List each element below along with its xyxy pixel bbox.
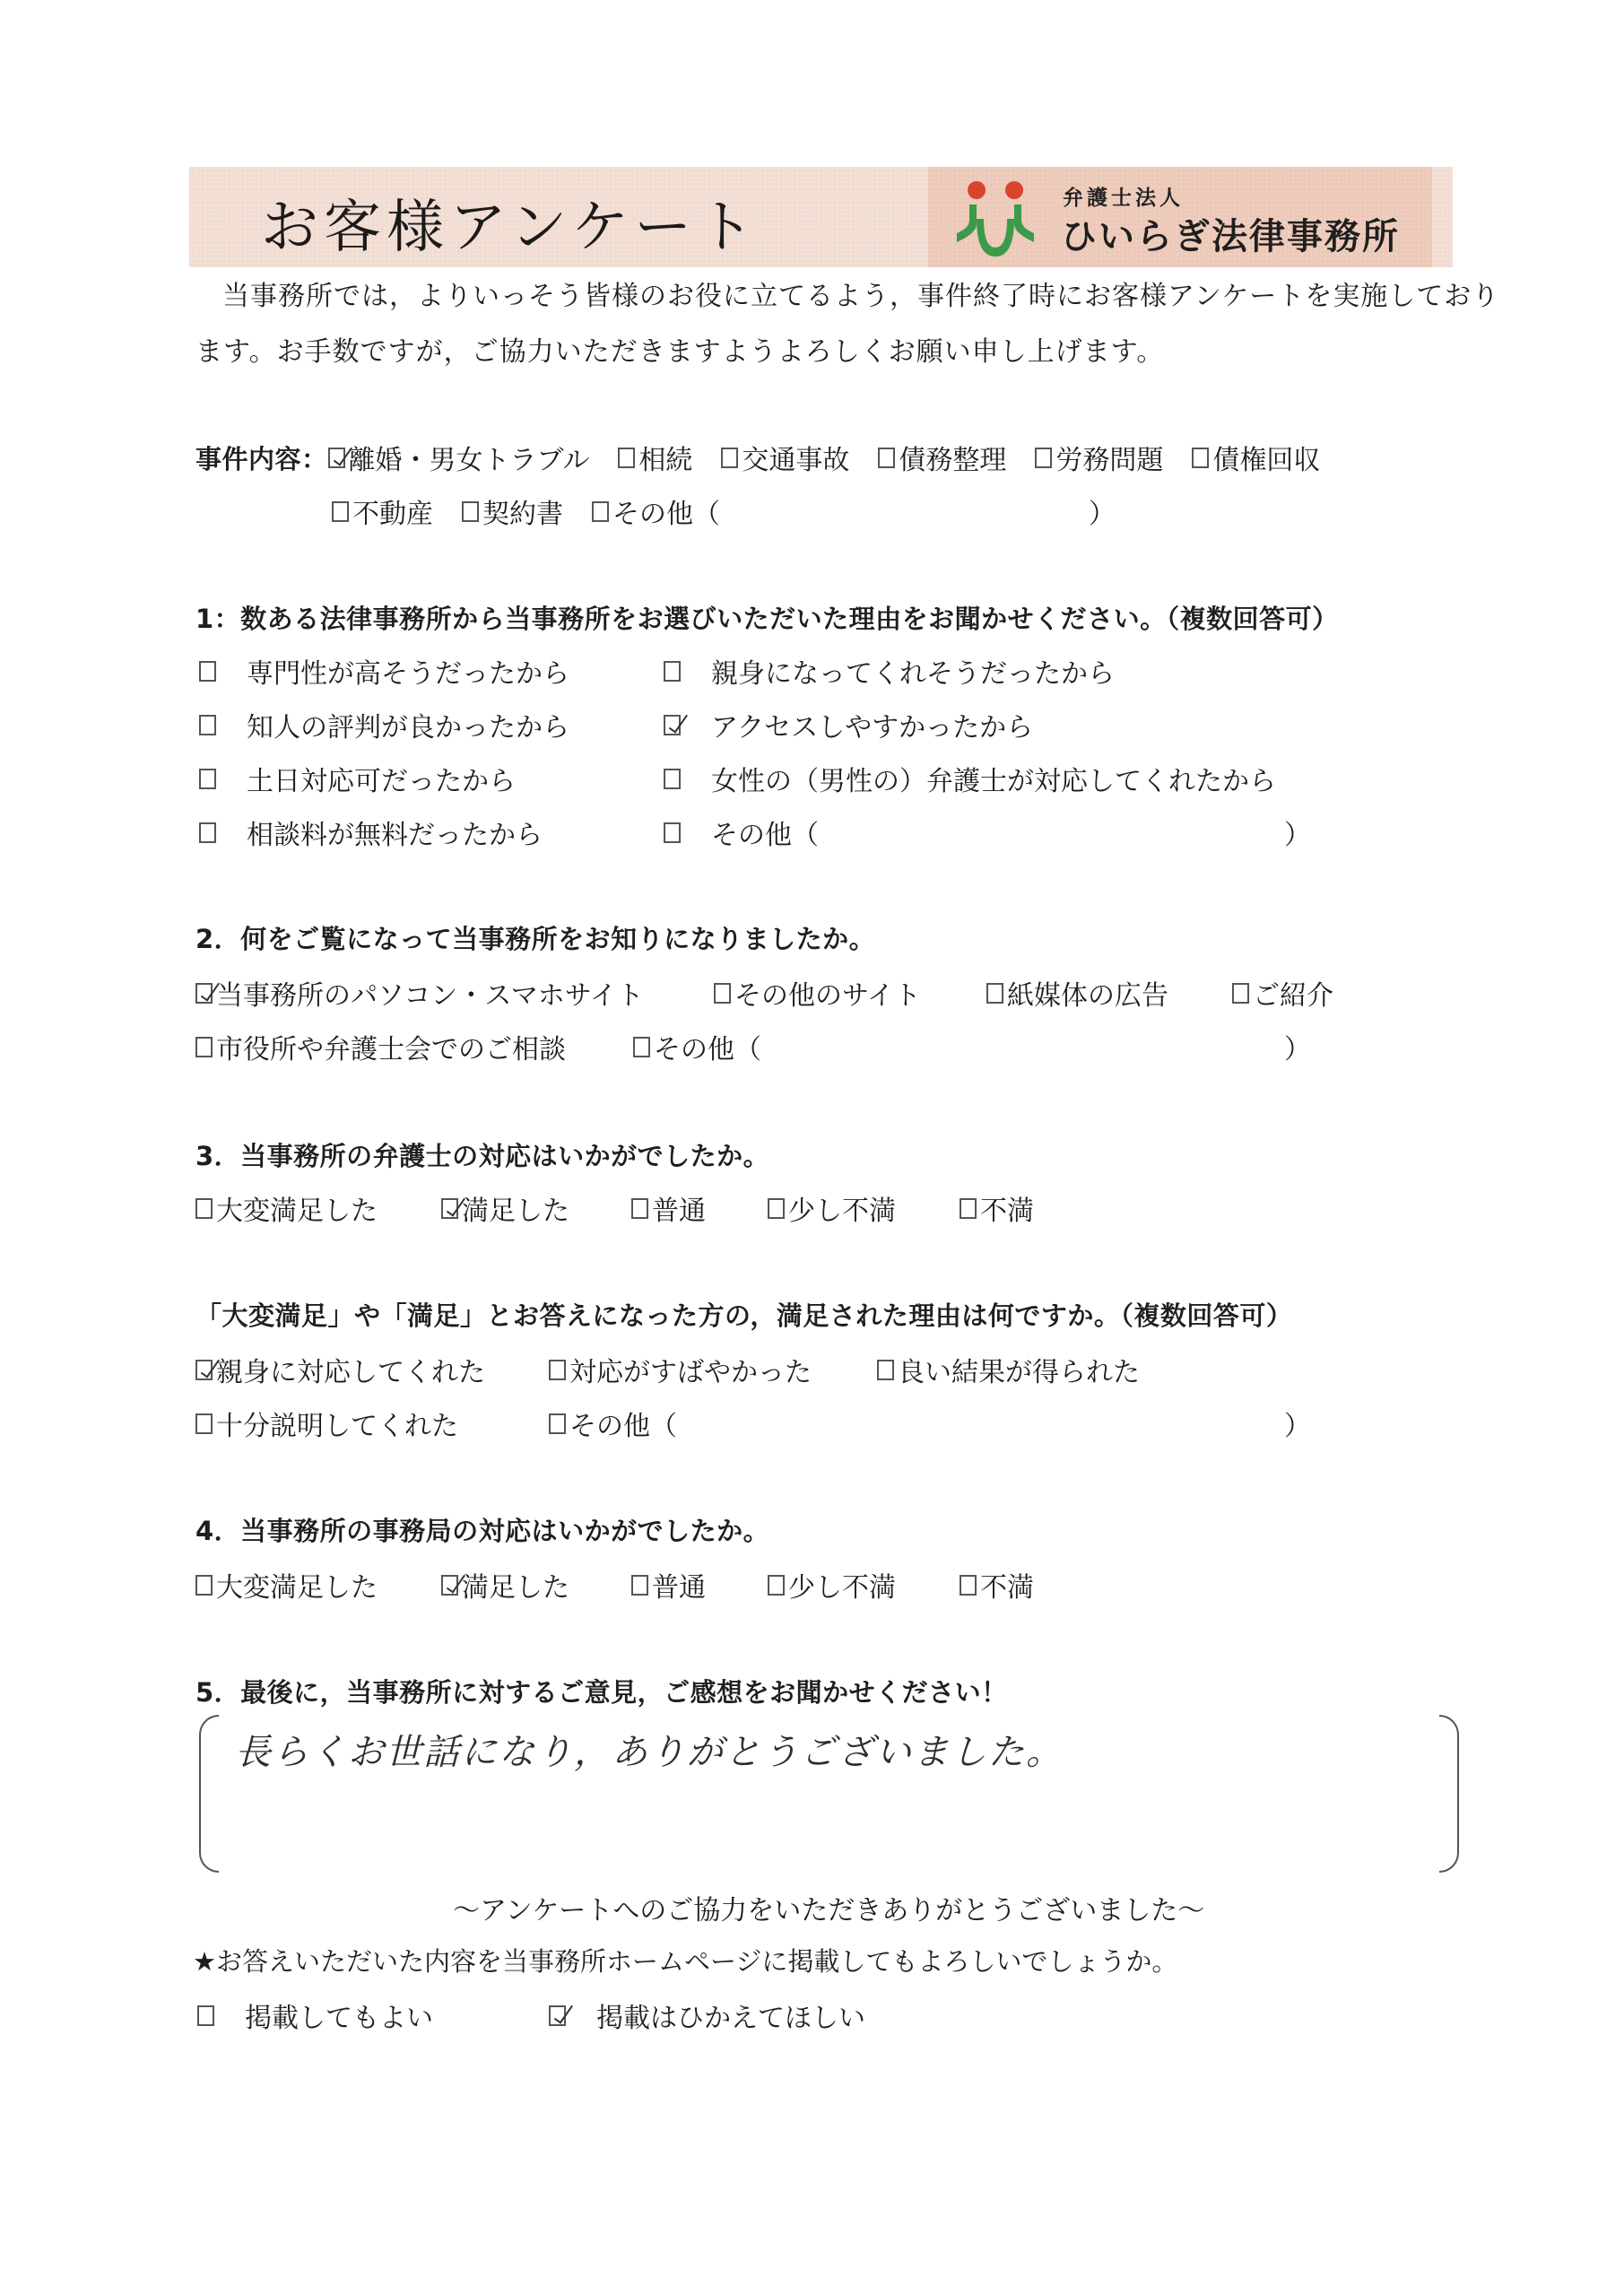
checkbox-other-site[interactable] bbox=[714, 983, 731, 1004]
option-label: 女性の（男性の）弁護士が対応してくれたから bbox=[711, 759, 1276, 798]
q5-heading: 5．最後に，当事務所に対するご意見，ご感想をお聞かせください！ bbox=[195, 1673, 1008, 1709]
case-type-row-2: 不動産 契約書 その他（ bbox=[332, 491, 720, 531]
option-label: ご紹介 bbox=[1253, 973, 1333, 1013]
case-type-label: 事件内容： bbox=[195, 439, 328, 476]
checkbox-staff-dissatisfied[interactable] bbox=[960, 1575, 977, 1596]
comment-textarea[interactable]: 長らくお世話になり，ありがとうございました。 bbox=[199, 1715, 1459, 1873]
checkbox-traffic-accident[interactable] bbox=[721, 448, 738, 468]
q1-option: 女性の（男性の）弁護士が対応してくれたから bbox=[664, 759, 1276, 798]
checkbox-debt-settlement[interactable] bbox=[878, 448, 895, 468]
q3-option: 満足した bbox=[441, 1188, 569, 1228]
option-label: 親身に対応してくれた bbox=[216, 1350, 485, 1389]
q3-heading: 3．当事務所の弁護士の対応はいかがでしたか。 bbox=[195, 1136, 769, 1173]
checkbox-good-result[interactable] bbox=[877, 1360, 894, 1380]
firm-name: ひいらぎ法律事務所 bbox=[1061, 208, 1400, 259]
checkbox-weekend[interactable] bbox=[199, 769, 216, 789]
option-label: 普通 bbox=[652, 1565, 706, 1605]
checkbox-staff-slightly-dissatisfied[interactable] bbox=[768, 1575, 785, 1596]
checkbox-staff-neutral[interactable] bbox=[631, 1575, 648, 1596]
checkbox-allow-publish[interactable] bbox=[197, 2005, 214, 2026]
option-label: 離婚・男女トラブル bbox=[349, 438, 590, 477]
option-label: 当事務所のパソコン・スマホサイト bbox=[216, 973, 644, 1013]
option-label: 不満 bbox=[980, 1565, 1034, 1605]
firm-logo-icon bbox=[950, 178, 1048, 260]
q2-option: その他（ bbox=[633, 1027, 761, 1066]
checkbox-labor[interactable] bbox=[1035, 448, 1052, 468]
option-label: 良い結果が得られた bbox=[898, 1350, 1140, 1389]
q1-option: 土日対応可だったから bbox=[199, 759, 516, 798]
q2-option: 市役所や弁護士会でのご相談 bbox=[195, 1027, 566, 1066]
checkbox-very-satisfied[interactable] bbox=[195, 1198, 213, 1219]
consent-option: 掲載してもよい bbox=[197, 1996, 433, 2035]
q3-reason-option: 良い結果が得られた bbox=[877, 1350, 1140, 1389]
checkbox-contract[interactable] bbox=[462, 501, 479, 522]
q1-option: 専門性が高そうだったから bbox=[199, 651, 569, 691]
firm-type-label: 弁護士法人 bbox=[1063, 181, 1184, 211]
checkbox-gender-lawyer[interactable] bbox=[664, 769, 681, 789]
q1-option: アクセスしやすかったから bbox=[664, 705, 1033, 744]
q2-option: 紙媒体の広告 bbox=[986, 973, 1168, 1013]
option-label: 掲載してもよい bbox=[245, 1996, 433, 2035]
q1-heading: 1：数ある法律事務所から当事務所をお選びいただいた理由をお聞かせください。（複数… bbox=[195, 599, 1339, 636]
q4-heading: 4．当事務所の事務局の対応はいかがでしたか。 bbox=[195, 1511, 769, 1548]
option-label: 労務問題 bbox=[1055, 438, 1163, 477]
checkbox-decline-publish[interactable] bbox=[549, 2005, 566, 2026]
thanks-message: ～アンケートへのご協力をいただきありがとうございました～ bbox=[453, 1888, 1204, 1927]
firm-logo-area: 弁護士法人 ひいらぎ法律事務所 bbox=[928, 167, 1432, 267]
reason-other-close-paren: ） bbox=[1284, 1404, 1311, 1443]
option-label: その他（ bbox=[654, 1027, 761, 1066]
checkbox-inheritance[interactable] bbox=[618, 448, 635, 468]
option-label: 掲載はひかえてほしい bbox=[596, 1996, 865, 2035]
intro-line-2: ます。お手数ですが，ご協力いただきますようよろしくお願い申し上げます。 bbox=[195, 325, 1164, 380]
intro-line-1: 当事務所では，よりいっそう皆様のお役に立てるよう，事件終了時にお客様アンケートを… bbox=[222, 269, 1499, 325]
case-other-close-paren: ） bbox=[1089, 491, 1116, 531]
checkbox-referral[interactable] bbox=[1232, 983, 1249, 1004]
checkbox-staff-very-satisfied[interactable] bbox=[195, 1575, 213, 1596]
option-label: 大変満足した bbox=[216, 1188, 378, 1228]
checkbox-satisfied[interactable] bbox=[441, 1198, 458, 1219]
checkbox-caring[interactable] bbox=[664, 661, 681, 682]
option-label: 満足した bbox=[462, 1565, 569, 1605]
option-label: 相談料が無料だったから bbox=[247, 813, 543, 852]
option-label: 知人の評判が良かったから bbox=[247, 705, 569, 744]
q2-option: 当事務所のパソコン・スマホサイト bbox=[195, 973, 644, 1013]
option-label: その他のサイト bbox=[734, 973, 921, 1013]
option-label: 対応がすばやかった bbox=[569, 1350, 812, 1389]
bracket-right bbox=[1439, 1715, 1459, 1873]
q3-option: 大変満足した bbox=[195, 1188, 378, 1228]
option-label: 十分説明してくれた bbox=[216, 1404, 458, 1443]
checkbox-q1-other[interactable] bbox=[664, 822, 681, 843]
option-label: 普通 bbox=[652, 1188, 706, 1228]
checkbox-reason-other[interactable] bbox=[549, 1413, 566, 1434]
case-type-row-1: 事件内容： 離婚・男女トラブル 相続 交通事故 債務整理 労務問題 債権回収 bbox=[195, 438, 1320, 477]
checkbox-slightly-dissatisfied[interactable] bbox=[768, 1198, 785, 1219]
checkbox-staff-satisfied[interactable] bbox=[441, 1575, 458, 1596]
checkbox-q2-other[interactable] bbox=[633, 1037, 650, 1057]
option-label: 債務整理 bbox=[899, 438, 1006, 477]
option-label: 専門性が高そうだったから bbox=[247, 651, 569, 691]
q1-option: 知人の評判が良かったから bbox=[199, 705, 569, 744]
q1-option: 親身になってくれそうだったから bbox=[664, 651, 1115, 691]
q2-option: その他のサイト bbox=[714, 973, 921, 1013]
option-label: 大変満足した bbox=[216, 1565, 378, 1605]
checkbox-good-explanation[interactable] bbox=[195, 1413, 213, 1434]
option-label: 少し不満 bbox=[788, 1188, 896, 1228]
q4-option: 大変満足した bbox=[195, 1565, 378, 1605]
page-title: お客様アンケート bbox=[261, 181, 760, 264]
checkbox-neutral[interactable] bbox=[631, 1198, 648, 1219]
option-label: 債権回収 bbox=[1212, 438, 1320, 477]
q3-reason-option: その他（ bbox=[549, 1404, 677, 1443]
q4-option: 満足した bbox=[441, 1565, 569, 1605]
option-label: 少し不満 bbox=[788, 1565, 896, 1605]
option-label: その他（ bbox=[612, 491, 720, 531]
q1-option: その他（ bbox=[664, 813, 819, 852]
consent-question: ★お答えいただいた内容を当事務所ホームページに掲載してもよろしいでしょうか。 bbox=[193, 1942, 1177, 1979]
checkbox-expertise[interactable] bbox=[199, 661, 216, 682]
checkbox-website[interactable] bbox=[195, 983, 213, 1004]
checkbox-divorce[interactable] bbox=[328, 448, 345, 468]
q3-option: 普通 bbox=[631, 1188, 706, 1228]
option-label: 市役所や弁護士会でのご相談 bbox=[216, 1027, 566, 1066]
option-label: 紙媒体の広告 bbox=[1007, 973, 1168, 1013]
q3-reason-option: 親身に対応してくれた bbox=[195, 1350, 485, 1389]
q3-reason-heading: 「大変満足」や「満足」とお答えになった方の，満足された理由は何ですか。（複数回答… bbox=[195, 1296, 1292, 1333]
option-label: アクセスしやすかったから bbox=[711, 705, 1033, 744]
checkbox-free-consult[interactable] bbox=[199, 822, 216, 843]
handwritten-answer: 長らくお世話になり，ありがとうございました。 bbox=[235, 1724, 1064, 1775]
option-label: その他（ bbox=[569, 1404, 677, 1443]
q2-heading: 2．何をご覧になって当事務所をお知りになりましたか。 bbox=[195, 919, 875, 956]
option-label: 不動産 bbox=[352, 491, 433, 531]
q1-other-close-paren: ） bbox=[1284, 813, 1311, 852]
checkbox-caring-response[interactable] bbox=[195, 1360, 213, 1380]
checkbox-real-estate[interactable] bbox=[332, 501, 349, 522]
checkbox-print-ad[interactable] bbox=[986, 983, 1003, 1004]
checkbox-case-other[interactable] bbox=[592, 501, 609, 522]
q4-option: 不満 bbox=[960, 1565, 1034, 1605]
option-label: 相続 bbox=[638, 438, 692, 477]
q2-other-close-paren: ） bbox=[1284, 1027, 1311, 1066]
checkbox-city-hall[interactable] bbox=[195, 1037, 213, 1057]
checkbox-dissatisfied[interactable] bbox=[960, 1198, 977, 1219]
q3-reason-option: 対応がすばやかった bbox=[549, 1350, 812, 1389]
option-label: 不満 bbox=[980, 1188, 1034, 1228]
bracket-left bbox=[199, 1715, 219, 1873]
option-label: 親身になってくれそうだったから bbox=[711, 651, 1115, 691]
header-banner: お客様アンケート 弁護士法人 ひいらぎ法律事務所 bbox=[189, 167, 1453, 267]
consent-option: 掲載はひかえてほしい bbox=[549, 1996, 865, 2035]
checkbox-quick-response[interactable] bbox=[549, 1360, 566, 1380]
q2-option: ご紹介 bbox=[1232, 973, 1333, 1013]
q3-option: 不満 bbox=[960, 1188, 1034, 1228]
q1-option: 相談料が無料だったから bbox=[199, 813, 543, 852]
checkbox-access[interactable] bbox=[664, 715, 681, 735]
q4-option: 少し不満 bbox=[768, 1565, 896, 1605]
checkbox-reputation[interactable] bbox=[199, 715, 216, 735]
option-label: 契約書 bbox=[482, 491, 563, 531]
option-label: 満足した bbox=[462, 1188, 569, 1228]
q4-option: 普通 bbox=[631, 1565, 706, 1605]
q3-reason-option: 十分説明してくれた bbox=[195, 1404, 458, 1443]
option-label: 土日対応可だったから bbox=[247, 759, 516, 798]
option-label: その他（ bbox=[711, 813, 819, 852]
checkbox-debt-collection[interactable] bbox=[1192, 448, 1209, 468]
option-label: 交通事故 bbox=[742, 438, 849, 477]
q3-option: 少し不満 bbox=[768, 1188, 896, 1228]
